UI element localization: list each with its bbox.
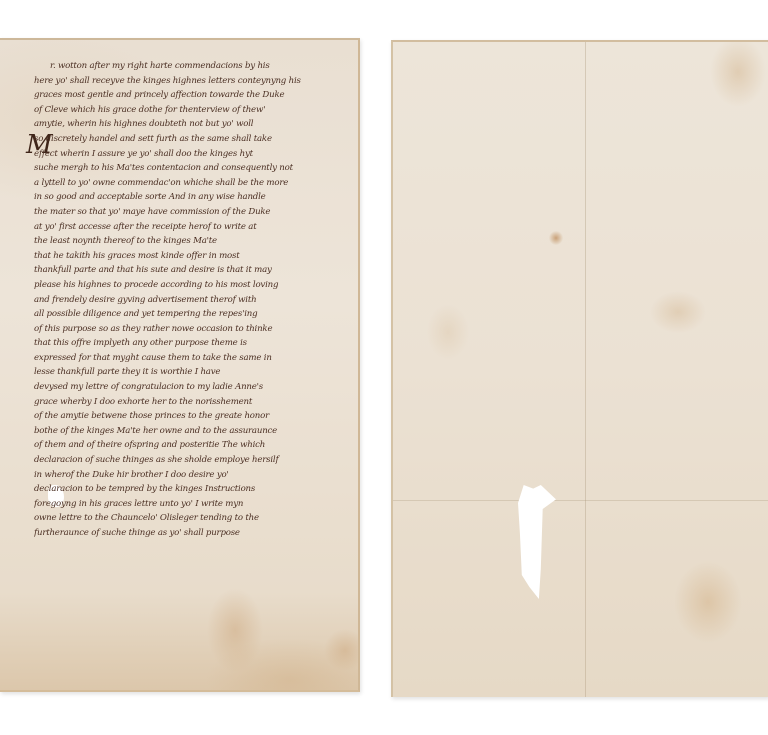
- manuscript-line: of Cleve which his grace dothe for thent…: [34, 103, 354, 118]
- manuscript-line: grace wherby I doo exhorte her to the no…: [34, 395, 354, 410]
- manuscript-line: expressed for that myght cause them to t…: [34, 351, 354, 366]
- manuscript-line: please his highnes to procede according …: [34, 278, 354, 293]
- manuscript-line: that this offre implyeth any other purpo…: [34, 336, 354, 351]
- manuscript-line: thankfull parte and that his sute and de…: [34, 263, 354, 278]
- manuscript-line: lesse thankfull parte they it is worthie…: [34, 365, 354, 380]
- manuscript-line: r. wotton after my right harte commendac…: [34, 59, 354, 74]
- manuscript-line: a lyttell to yo' owne commendac'on which…: [34, 176, 354, 191]
- manuscript-line: amytie, wherin his highnes doubteth not …: [34, 117, 354, 132]
- manuscript-line: and frendely desire gyving advertisement…: [34, 293, 354, 308]
- manuscript-line: effect wherin I assure ye yo' shall doo …: [34, 147, 354, 162]
- manuscript-line: of the amytie betwene those princes to t…: [34, 409, 354, 424]
- manuscript-line: all possible diligence and yet tempering…: [34, 307, 354, 322]
- manuscript-line: the least noynth thereof to the kinges M…: [34, 234, 354, 249]
- manuscript-line: that he takith his graces most kinde off…: [34, 249, 354, 264]
- manuscript-line: declaracion of suche thinges as she shol…: [34, 453, 354, 468]
- manuscript-line: of this purpose so as they rather nowe o…: [34, 322, 354, 337]
- manuscript-line: in so good and acceptable sorte And in a…: [34, 190, 354, 205]
- manuscript-line: of them and of theire ofspring and poste…: [34, 438, 354, 453]
- manuscript-line: bothe of the kinges Ma'te her owne and t…: [34, 424, 354, 439]
- manuscript-line: furtheraunce of suche thinge as yo' shal…: [34, 526, 354, 541]
- manuscript-line: in wherof the Duke hir brother I doo des…: [34, 468, 354, 483]
- manuscript-line: here yo' shall receyve the kinges highne…: [34, 74, 354, 89]
- manuscript-page-right: [391, 40, 768, 697]
- manuscript-line: the mater so that yo' maye have commissi…: [34, 205, 354, 220]
- manuscript-line: graces most gentle and princely affectio…: [34, 88, 354, 103]
- manuscript-line: so discretely handel and sett furth as t…: [34, 132, 354, 147]
- manuscript-line: devysed my lettre of congratulacion to m…: [34, 380, 354, 395]
- manuscript-line: owne lettre to the Chauncelo' Olisleger …: [34, 511, 354, 526]
- torn-hole: [518, 485, 556, 605]
- manuscript-line: declaracion to be tempred by the kinges …: [34, 482, 354, 497]
- vertical-fold-line: [585, 42, 586, 697]
- manuscript-line: at yo' first accesse after the receipte …: [34, 220, 354, 235]
- horizontal-fold-line: [393, 500, 768, 501]
- handwritten-letter-text: r. wotton after my right harte commendac…: [34, 59, 354, 541]
- manuscript-line: suche mergh to his Ma'tes contentacion a…: [34, 161, 354, 176]
- manuscript-line: foregoyng in his graces lettre unto yo' …: [34, 497, 354, 512]
